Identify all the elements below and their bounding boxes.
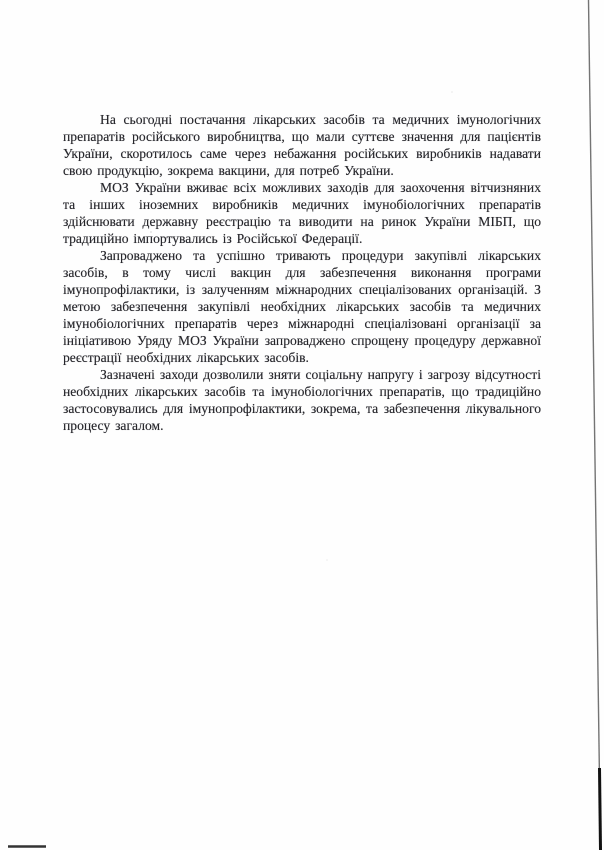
page-edge-scan-line	[589, 0, 600, 780]
paragraph-2: МОЗ України вживає всіх можливих заходів…	[63, 179, 541, 247]
paragraph-3: Запроваджено та успішно тривають процеду…	[63, 247, 541, 366]
paragraph-4: Зазначені заходи дозволили зняти соціаль…	[63, 366, 541, 434]
paragraph-1: На сьогодні постачання лікарських засобі…	[63, 111, 541, 179]
document-body: На сьогодні постачання лікарських засобі…	[63, 111, 541, 434]
scan-speckle	[326, 559, 328, 561]
document-page: На сьогодні постачання лікарських засобі…	[0, 0, 604, 850]
scan-speckle	[451, 91, 453, 93]
page-edge-scan-line-bottom	[600, 768, 601, 850]
